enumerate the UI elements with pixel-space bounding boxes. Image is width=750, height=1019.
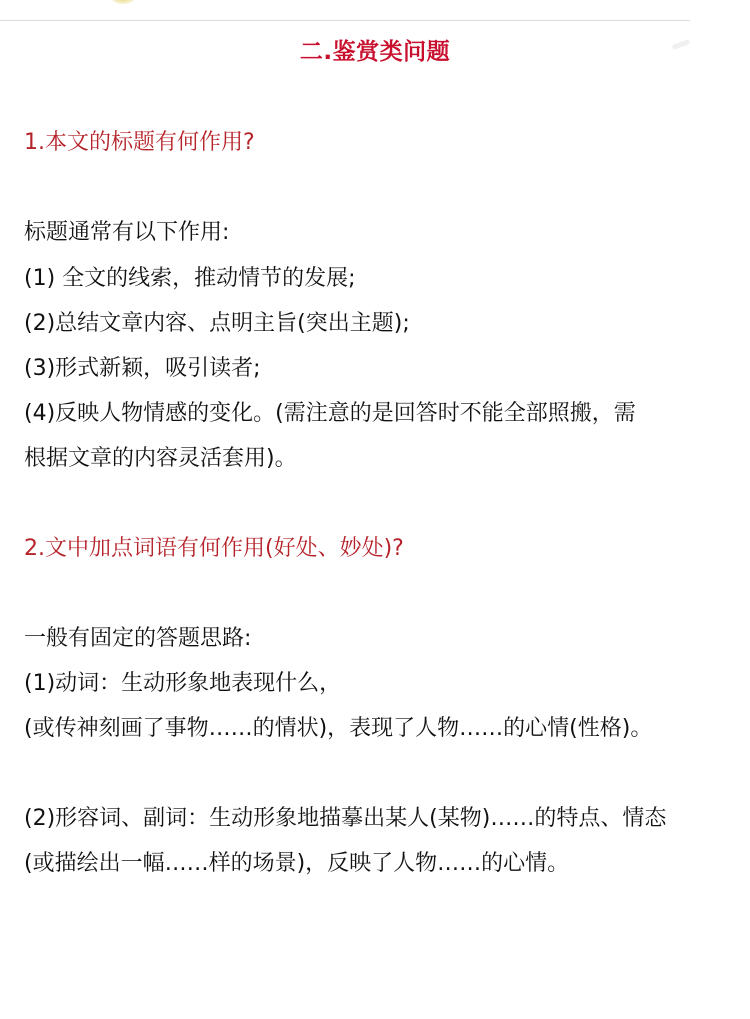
question-1-line: (1) 全文的线索，推动情节的发展;	[24, 263, 356, 295]
section-title: 二.鉴赏类问题	[0, 34, 750, 70]
question-2-line: (或传神刻画了事物……的情状)，表现了人物……的心情(性格)。	[24, 713, 652, 745]
question-1-line: 根据文章的内容灵活套用)。	[24, 443, 297, 475]
question-1-intro: 标题通常有以下作用:	[24, 217, 229, 249]
top-divider	[0, 20, 690, 21]
question-2-line: (2)形容词、副词：生动形象地描摹出某人(某物)……的特点、情态	[24, 803, 666, 835]
question-1-line: (3)形式新颖，吸引读者;	[24, 353, 261, 385]
question-1-title: 1.本文的标题有何作用?	[24, 127, 255, 159]
question-2-title: 2.文中加点词语有何作用(好处、妙处)?	[24, 533, 404, 565]
question-2-line: (1)动词：生动形象地表现什么，	[24, 668, 341, 700]
decorative-blob	[112, 0, 134, 4]
top-strip	[0, 0, 750, 21]
question-2-intro: 一般有固定的答题思路:	[24, 623, 251, 655]
question-2-line: (或描绘出一幅……样的场景)，反映了人物……的心情。	[24, 848, 569, 880]
question-1-line: (4)反映人物情感的变化。(需注意的是回答时不能全部照搬，需	[24, 398, 636, 430]
question-1-line: (2)总结文章内容、点明主旨(突出主题);	[24, 308, 410, 340]
